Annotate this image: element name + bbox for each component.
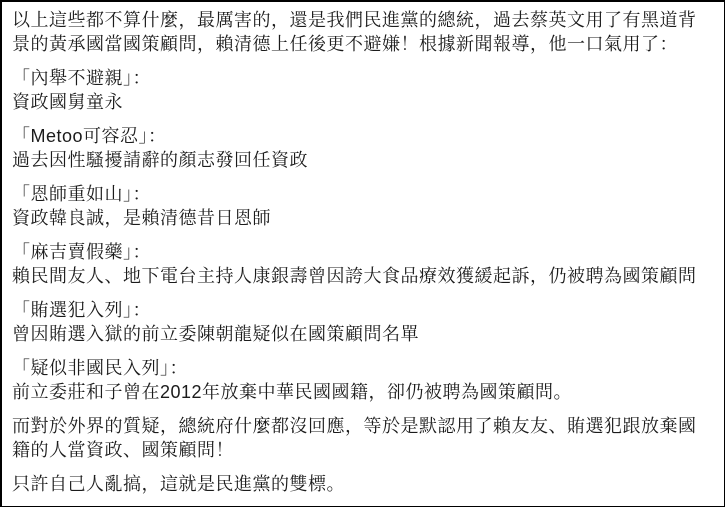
item-title: 「恩師重如山」： [12, 182, 714, 206]
list-item: 「Metoo可容忍」： 過去因性騷擾請辭的顏志發回任資政 [12, 124, 714, 172]
list-item: 「內舉不避親」： 資政國舅童永 [12, 66, 714, 114]
item-body: 資政國舅童永 [12, 90, 714, 114]
closing-paragraph: 而對於外界的質疑，總統府什麼都沒回應，等於是默認用了賴友友、賄選犯跟放棄國籍的人… [12, 414, 714, 462]
intro-paragraph: 以上這些都不算什麼，最厲害的，還是我們民進黨的總統，過去蔡英文用了有黑道背景的黃… [12, 8, 714, 56]
item-title: 「疑似非國民入列」： [12, 356, 714, 380]
item-body: 資政韓良誠，是賴清德昔日恩師 [12, 206, 714, 230]
item-title: 「賄選犯入列」： [12, 298, 714, 322]
item-body: 過去因性騷擾請辭的顏志發回任資政 [12, 148, 714, 172]
list-item: 「疑似非國民入列」： 前立委莊和子曾在2012年放棄中華民國國籍，卻仍被聘為國策… [12, 356, 714, 404]
item-body: 賴民間友人、地下電台主持人康銀壽曾因誇大食品療效獲緩起訴，仍被聘為國策顧問 [12, 264, 714, 288]
list-item: 「賄選犯入列」： 曾因賄選入獄的前立委陳朝龍疑似在國策顧問名單 [12, 298, 714, 346]
final-line: 只許自己人亂搞，這就是民進黨的雙標。 [12, 472, 714, 496]
list-item: 「麻吉賣假藥」： 賴民間友人、地下電台主持人康銀壽曾因誇大食品療效獲緩起訴，仍被… [12, 240, 714, 288]
document-content: 以上這些都不算什麼，最厲害的，還是我們民進黨的總統，過去蔡英文用了有黑道背景的黃… [2, 2, 724, 502]
item-title: 「麻吉賣假藥」： [12, 240, 714, 264]
item-body: 曾因賄選入獄的前立委陳朝龍疑似在國策顧問名單 [12, 322, 714, 346]
item-body: 前立委莊和子曾在2012年放棄中華民國國籍，卻仍被聘為國策顧問。 [12, 380, 714, 404]
item-title: 「內舉不避親」： [12, 66, 714, 90]
list-item: 「恩師重如山」： 資政韓良誠，是賴清德昔日恩師 [12, 182, 714, 230]
item-title: 「Metoo可容忍」： [12, 124, 714, 148]
document-page: 以上這些都不算什麼，最厲害的，還是我們民進黨的總統，過去蔡英文用了有黑道背景的黃… [0, 0, 725, 507]
